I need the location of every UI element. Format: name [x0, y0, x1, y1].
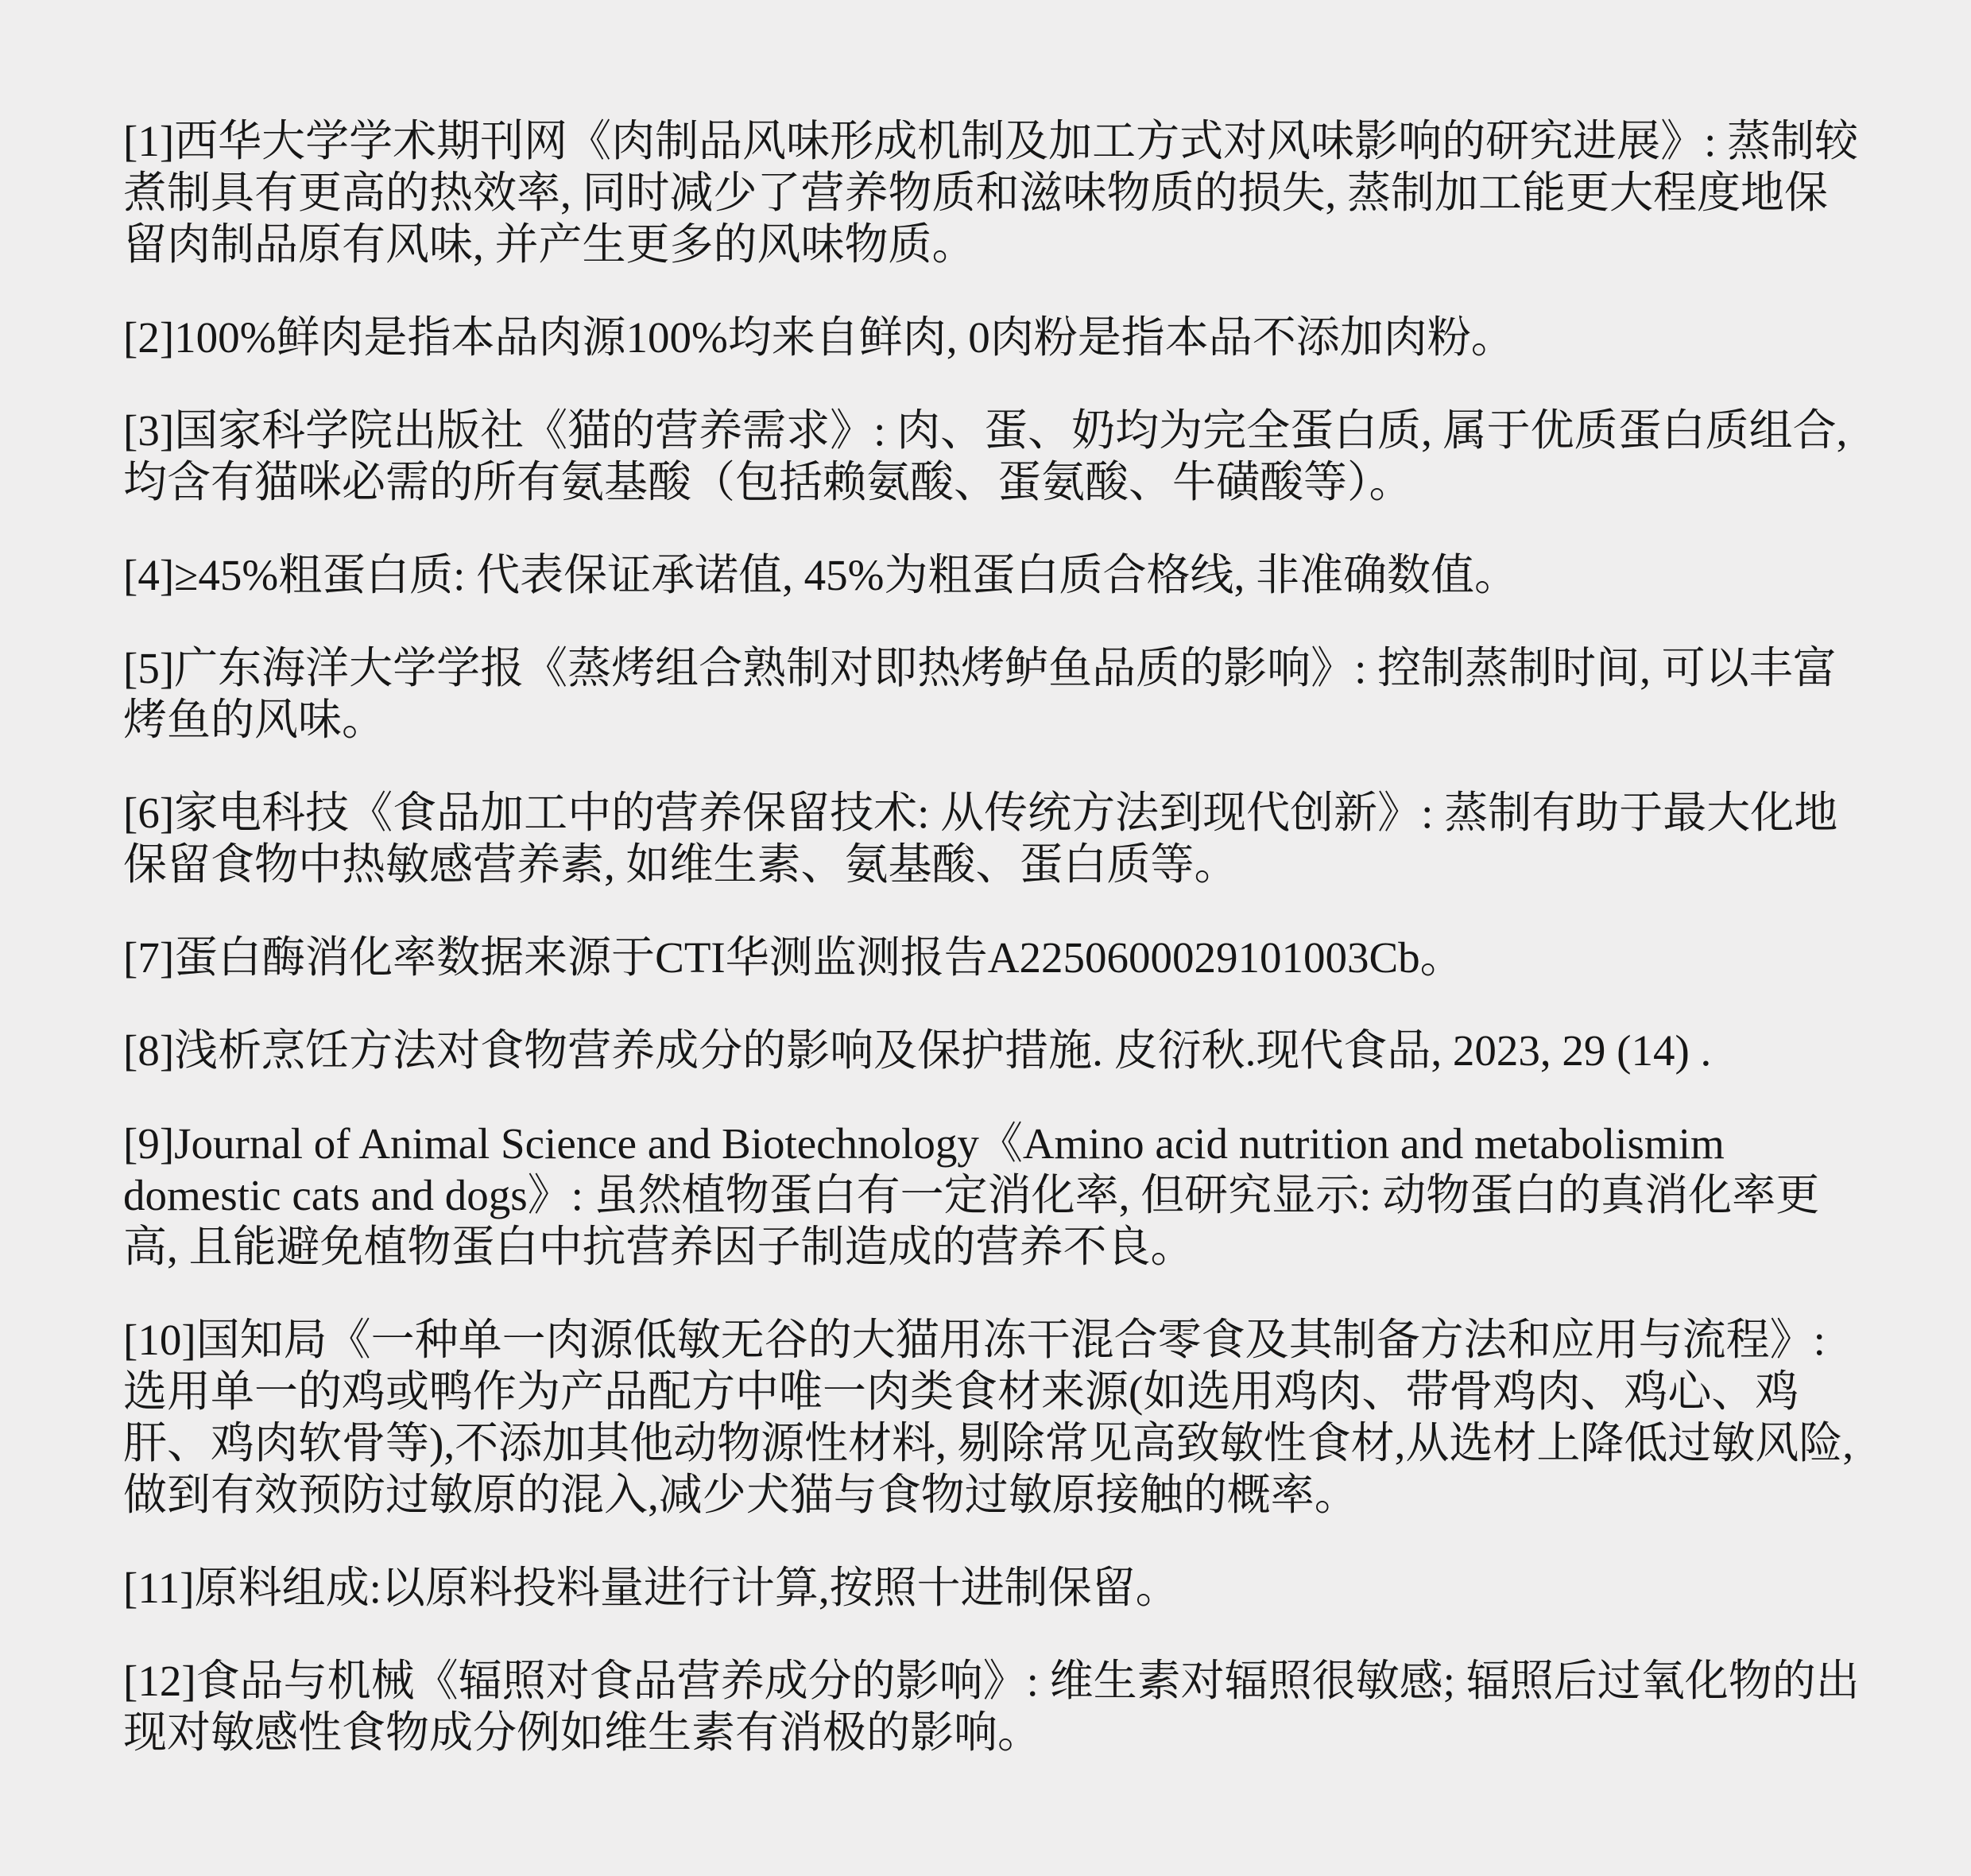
- footnote-paragraph: [5]广东海洋大学学报《蒸烤组合熟制对即热烤鲈鱼品质的影响》: 控制蒸制时间, …: [123, 642, 1864, 746]
- footnotes-list: [1]西华大学学术期刊网《肉制品风味形成机制及加工方式对风味影响的研究进展》: …: [123, 115, 1864, 1758]
- footnote-paragraph: [7]蛋白酶消化率数据来源于CTI华测监测报告A2250600029101003…: [123, 932, 1864, 983]
- footnotes-page: [1]西华大学学术期刊网《肉制品风味形成机制及加工方式对风味影响的研究进展》: …: [0, 0, 1971, 1876]
- footnote-paragraph: [4]≥45%粗蛋白质: 代表保证承诺值, 45%为粗蛋白质合格线, 非准确数值…: [123, 549, 1864, 601]
- footnote-paragraph: [6]家电科技《食品加工中的营养保留技术: 从传统方法到现代创新》: 蒸制有助于…: [123, 787, 1864, 890]
- footnote-paragraph: [9]Journal of Animal Science and Biotech…: [123, 1118, 1864, 1273]
- footnote-paragraph: [8]浅析烹饪方法对食物营养成分的影响及保护措施. 皮衍秋.现代食品, 2023…: [123, 1025, 1864, 1076]
- footnote-paragraph: [3]国家科学院出版社《猫的营养需求》: 肉、蛋、奶均为完全蛋白质, 属于优质蛋…: [123, 405, 1864, 508]
- footnote-paragraph: [11]原料组成:以原料投料量进行计算,按照十进制保留。: [123, 1562, 1864, 1614]
- footnote-paragraph: [2]100%鲜肉是指本品肉源100%均来自鲜肉, 0肉粉是指本品不添加肉粉。: [123, 312, 1864, 363]
- footnote-paragraph: [10]国知局《一种单一肉源低敏无谷的大猫用冻干混合零食及其制备方法和应用与流程…: [123, 1314, 1864, 1521]
- footnote-paragraph: [12]食品与机械《辐照对食品营养成分的影响》: 维生素对辐照很敏感; 辐照后过…: [123, 1655, 1864, 1758]
- footnote-paragraph: [1]西华大学学术期刊网《肉制品风味形成机制及加工方式对风味影响的研究进展》: …: [123, 115, 1864, 270]
